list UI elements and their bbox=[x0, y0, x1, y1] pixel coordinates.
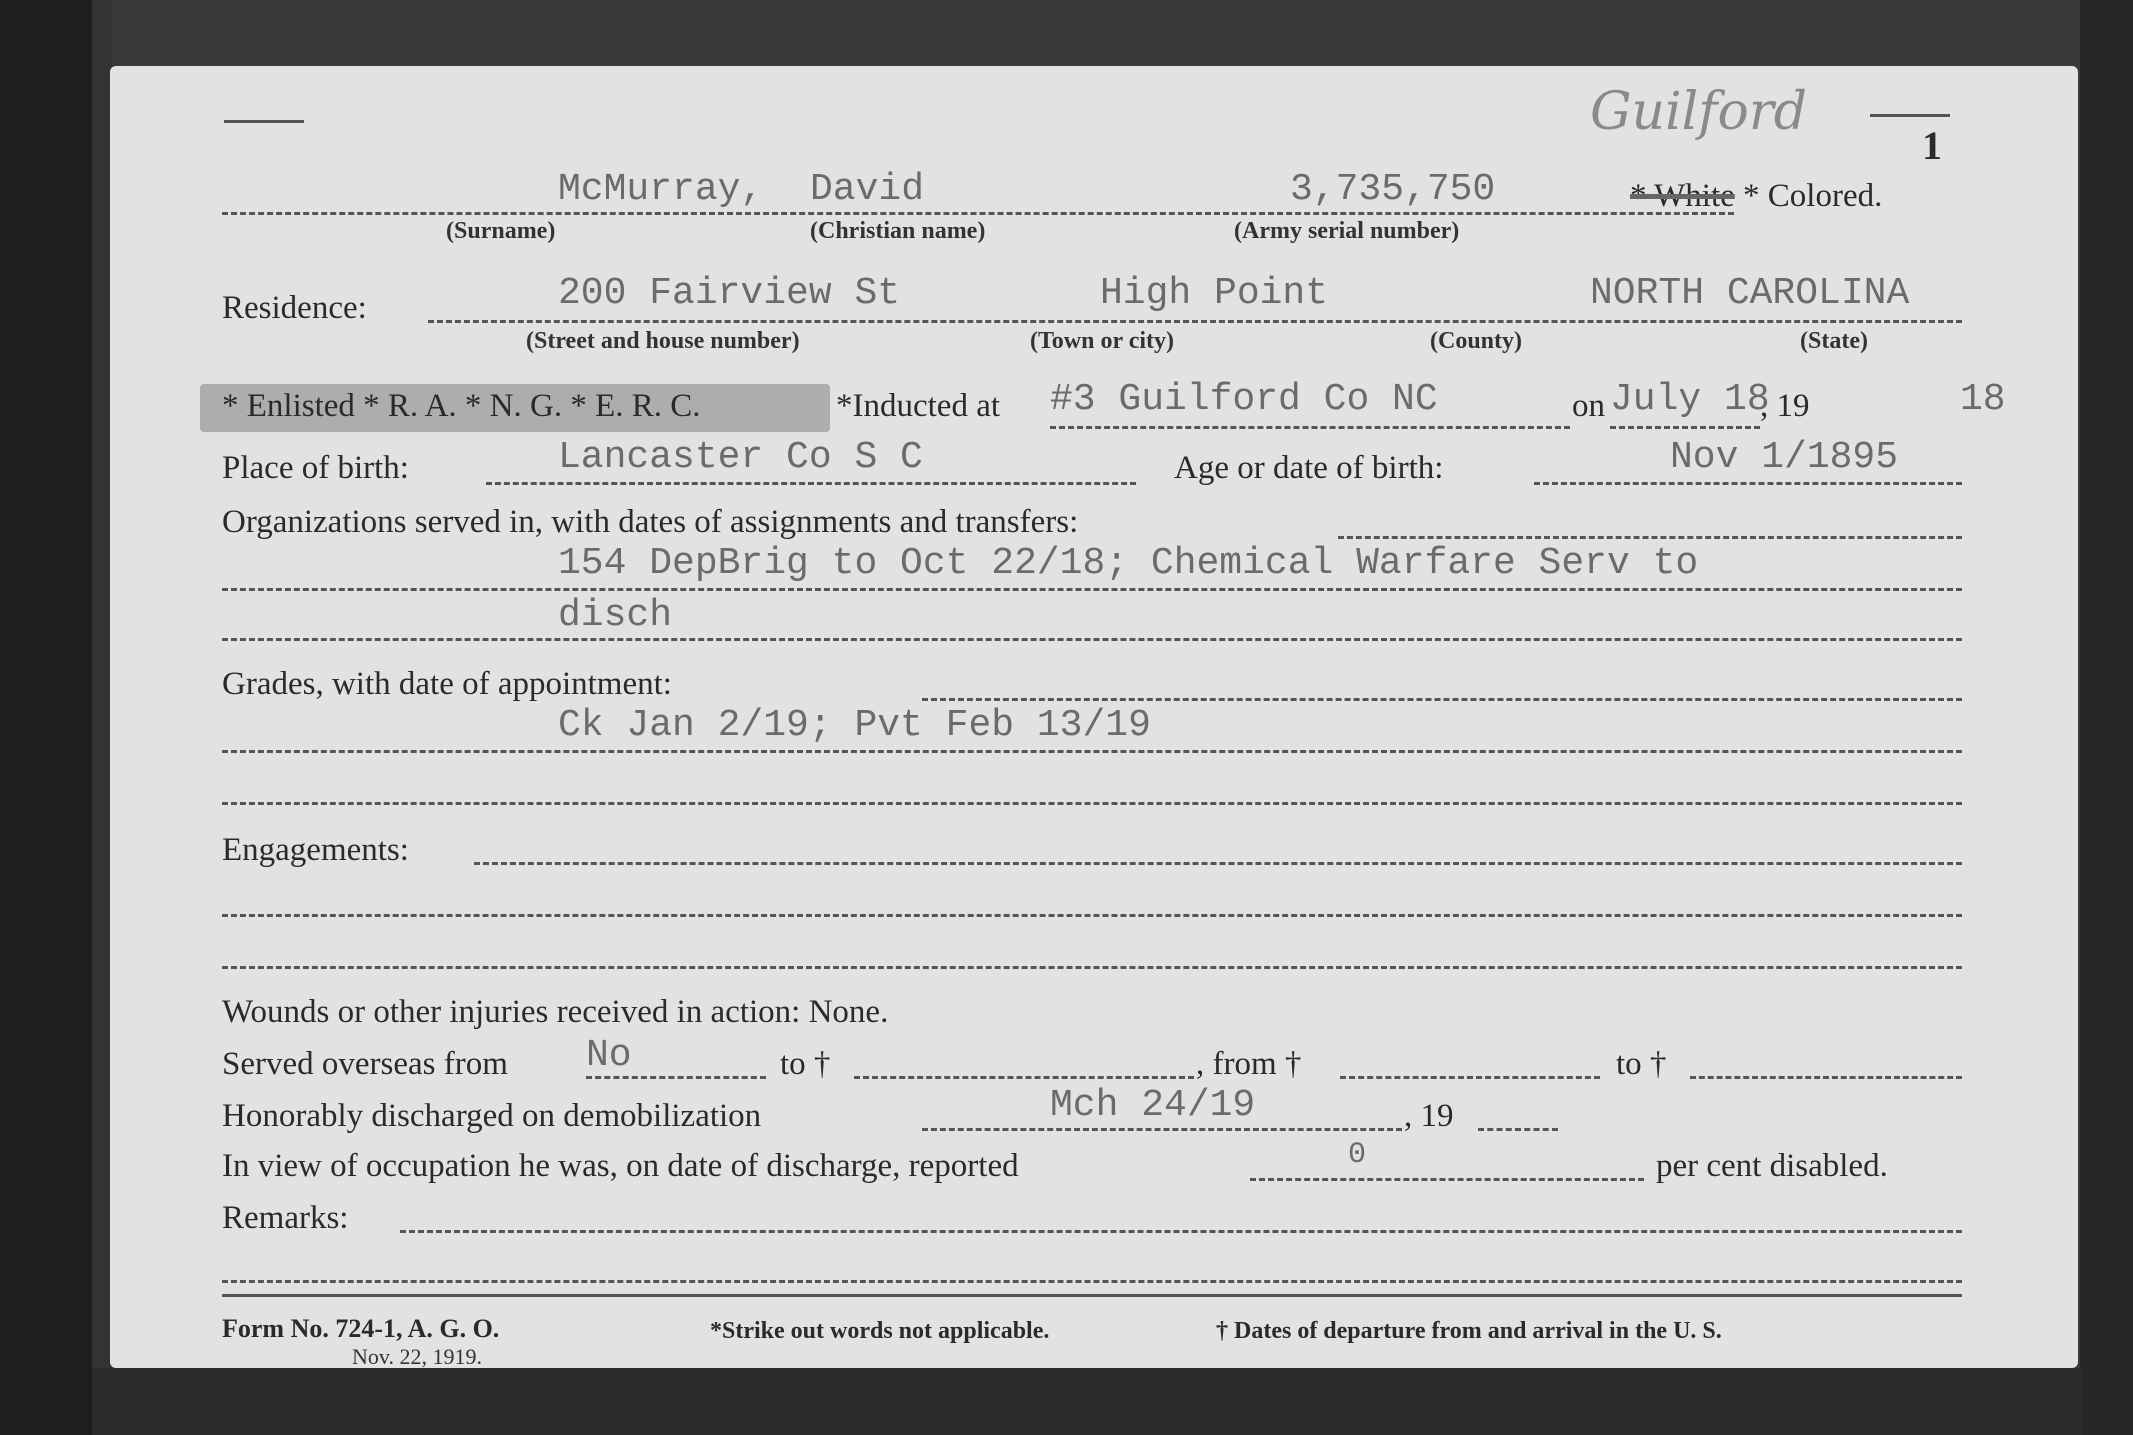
footer-rule bbox=[222, 1294, 1962, 1297]
overseas-to2-line bbox=[1690, 1076, 1962, 1079]
dagger-note: † Dates of departure from and arrival in… bbox=[1216, 1318, 1722, 1345]
residence-label: Residence: bbox=[222, 290, 367, 327]
surname-caption: (Surname) bbox=[446, 218, 555, 245]
name-line bbox=[222, 212, 1734, 215]
engagements-line-0 bbox=[474, 862, 1962, 865]
top-left-mark bbox=[224, 120, 304, 123]
discharge-date-line bbox=[922, 1128, 1402, 1131]
state-value: NORTH CAROLINA bbox=[1590, 272, 1909, 315]
inducted-value: #3 Guilford Co NC bbox=[1050, 378, 1438, 421]
discharge-year-line bbox=[1478, 1128, 1558, 1131]
inducted-label: *Inducted at bbox=[836, 388, 1000, 425]
discharge-date-value: Mch 24/19 bbox=[1050, 1084, 1255, 1127]
grades-line-1 bbox=[222, 750, 1962, 753]
serial-number-value: 3,735,750 bbox=[1290, 168, 1495, 211]
remarks-label: Remarks: bbox=[222, 1200, 348, 1237]
remarks-line-2 bbox=[222, 1280, 1962, 1283]
form-date: Nov. 22, 1919. bbox=[352, 1344, 482, 1370]
overseas-to-line bbox=[854, 1076, 1194, 1079]
grades-line-2 bbox=[222, 802, 1962, 805]
scan-left-border bbox=[0, 0, 92, 1435]
residence-line bbox=[428, 320, 1962, 323]
organizations-line-1 bbox=[222, 588, 1962, 591]
place-of-birth-value: Lancaster Co S C bbox=[558, 436, 923, 479]
street-caption: (Street and house number) bbox=[526, 328, 800, 355]
grades-line-0 bbox=[922, 698, 1962, 701]
race-colored: * Colored. bbox=[1743, 178, 1882, 214]
surname-value: McMurray, bbox=[558, 168, 763, 211]
place-of-birth-line bbox=[486, 482, 1136, 485]
overseas-to-label: to † bbox=[780, 1046, 830, 1083]
organizations-label: Organizations served in, with dates of a… bbox=[222, 504, 1078, 541]
overseas-from2-line bbox=[1340, 1076, 1600, 1079]
date-of-birth-value: Nov 1/1895 bbox=[1670, 436, 1898, 479]
induction-date-line bbox=[1610, 426, 1760, 429]
year-prefix: , 19 bbox=[1760, 388, 1810, 425]
christian-name-value: David bbox=[810, 168, 924, 211]
place-of-birth-label: Place of birth: bbox=[222, 450, 409, 487]
top-right-mark bbox=[1870, 114, 1950, 117]
overseas-from-value: No bbox=[586, 1034, 632, 1077]
strike-note: *Strike out words not applicable. bbox=[710, 1318, 1049, 1345]
town-value: High Point bbox=[1100, 272, 1328, 315]
state-caption: (State) bbox=[1800, 328, 1868, 355]
overseas-to2-label: to † bbox=[1616, 1046, 1666, 1083]
organizations-line2-value: disch bbox=[558, 594, 672, 637]
scan-right-border bbox=[2080, 0, 2133, 1435]
county-caption: (County) bbox=[1430, 328, 1522, 355]
disability-value: 0 bbox=[1348, 1138, 1366, 1172]
enlistment-options-struck: * Enlisted * R. A. * N. G. * E. R. C. bbox=[222, 388, 701, 425]
engagements-line-1 bbox=[222, 914, 1962, 917]
race-white-struck: * White bbox=[1630, 178, 1735, 214]
christian-name-caption: (Christian name) bbox=[810, 218, 985, 245]
date-of-birth-line bbox=[1534, 482, 1962, 485]
scan-bottom-border bbox=[92, 1368, 2082, 1435]
card-number: 1 bbox=[1922, 122, 1942, 169]
overseas-label: Served overseas from bbox=[222, 1046, 508, 1083]
disability-suffix: per cent disabled. bbox=[1656, 1148, 1888, 1185]
organizations-line-0 bbox=[1338, 536, 1962, 539]
serial-number-caption: (Army serial number) bbox=[1234, 218, 1459, 245]
race-options: * White * Colored. bbox=[1630, 178, 1882, 215]
on-label: on bbox=[1572, 388, 1605, 425]
remarks-line-1 bbox=[400, 1230, 1962, 1233]
engagements-line-2 bbox=[222, 966, 1962, 969]
town-caption: (Town or city) bbox=[1030, 328, 1174, 355]
engagements-label: Engagements: bbox=[222, 832, 409, 869]
discharge-label: Honorably discharged on demobilization bbox=[222, 1098, 761, 1135]
service-record-card: Guilford 1 McMurray, David 3,735,750 * W… bbox=[110, 66, 2078, 1368]
induction-date-value: July 18 bbox=[1610, 378, 1770, 421]
scan-left-band bbox=[92, 0, 112, 1435]
grades-label: Grades, with date of appointment: bbox=[222, 666, 672, 703]
street-value: 200 Fairview St bbox=[558, 272, 900, 315]
handwritten-county: Guilford bbox=[1590, 82, 1807, 142]
overseas-from2-label: , from † bbox=[1196, 1046, 1301, 1083]
disability-label: In view of occupation he was, on date of… bbox=[222, 1148, 1019, 1185]
organizations-line-2 bbox=[222, 638, 1962, 641]
grades-line1-value: Ck Jan 2/19; Pvt Feb 13/19 bbox=[558, 704, 1151, 747]
organizations-line1-value: 154 DepBrig to Oct 22/18; Chemical Warfa… bbox=[558, 542, 1698, 585]
wounds-label: Wounds or other injuries received in act… bbox=[222, 994, 888, 1031]
discharge-year-label: , 19 bbox=[1404, 1098, 1454, 1135]
inducted-line bbox=[1050, 426, 1570, 429]
age-label: Age or date of birth: bbox=[1174, 450, 1443, 487]
disability-line bbox=[1250, 1178, 1644, 1181]
form-number: Form No. 724-1, A. G. O. bbox=[222, 1314, 499, 1344]
overseas-from-line bbox=[586, 1076, 766, 1079]
induction-year-value: 18 bbox=[1960, 378, 2006, 421]
